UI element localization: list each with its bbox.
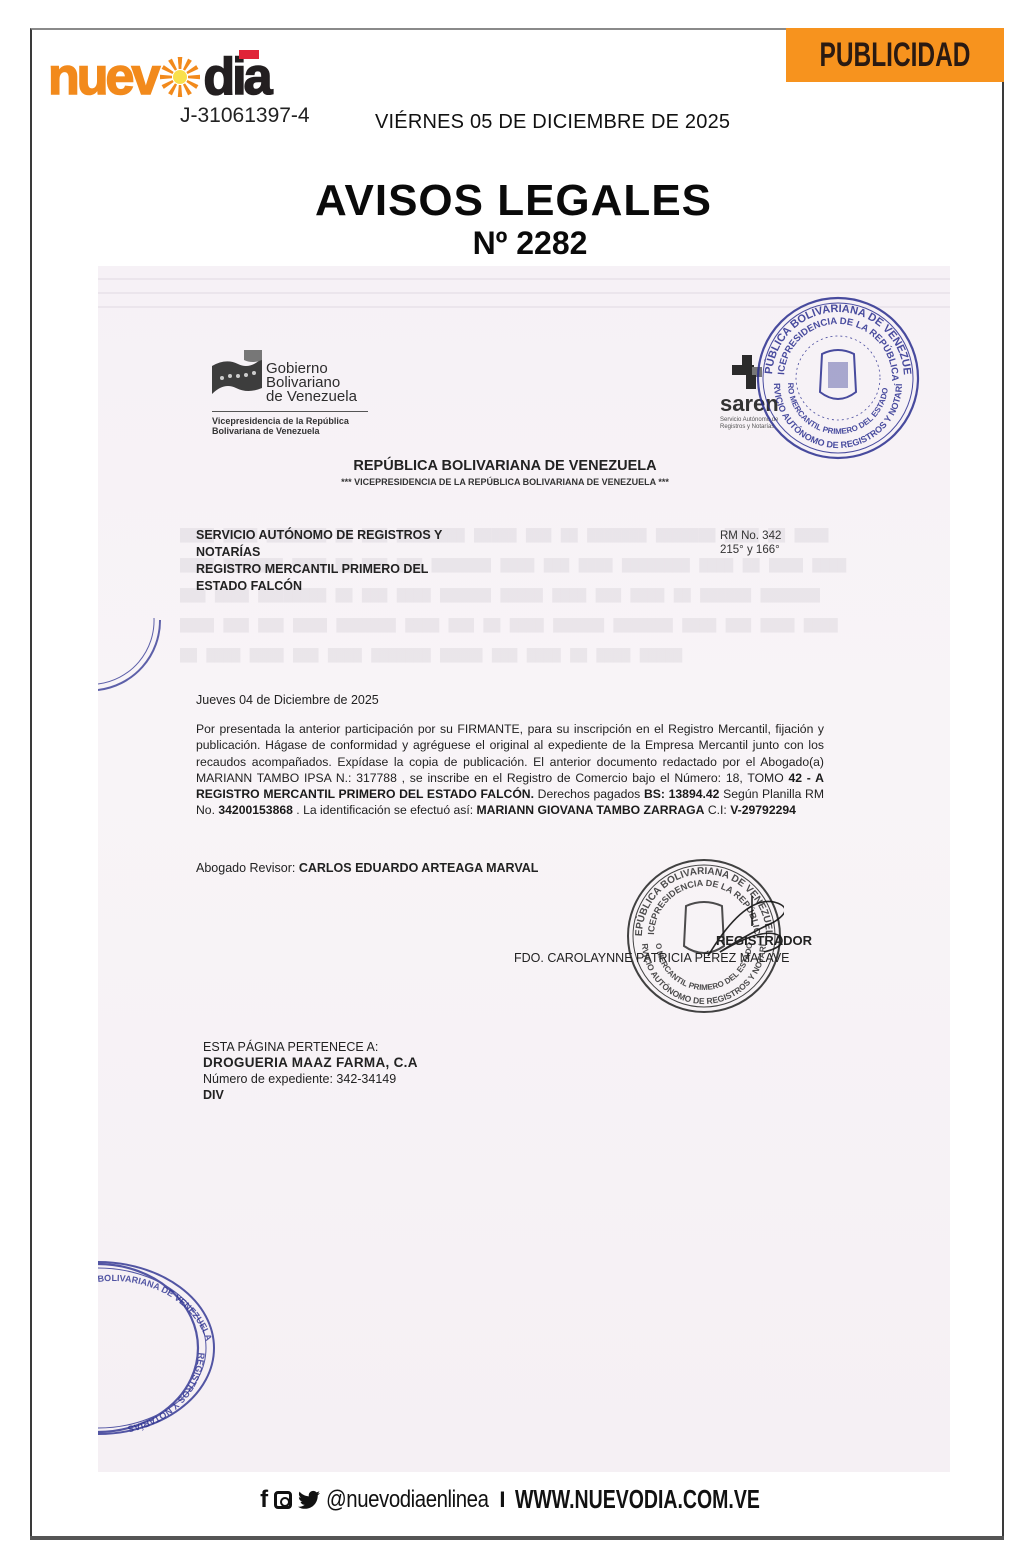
partial-seal-left-top (98, 610, 168, 710)
republic-subtitle: *** VICEPRESIDENCIA DE LA REPÚBLICA BOLI… (0, 477, 1010, 487)
document-owner: ESTA PÁGINA PERTENECE A: DROGUERIA MAAZ … (203, 1039, 418, 1103)
official-seal-top-right: REPÚBLICA BOLIVARIANA DE VENEZUELA VICEP… (752, 292, 924, 464)
separator: I (499, 1487, 505, 1513)
frame-shadow (30, 1536, 1004, 1540)
planilla-number: 34200153868 (218, 803, 293, 817)
website-link[interactable]: WWW.NUEVODIA.COM.VE (515, 1484, 760, 1515)
logo-accent (239, 50, 259, 59)
edition-number: Nº 2282 (0, 225, 1027, 262)
company-name: DROGUERIA MAAZ FARMA, C.A (203, 1055, 418, 1071)
division-code: DIV (203, 1087, 418, 1103)
social-handle[interactable]: @nuevodiaenlinea (326, 1486, 489, 1514)
facebook-icon[interactable]: f (260, 1486, 268, 1514)
logo-text-nuev: nuev (48, 52, 157, 102)
divider (212, 411, 368, 412)
gobierno-text: Gobierno Bolivariano de Venezuela (266, 362, 357, 404)
partial-seal-left-bottom: BOLIVARIANA DE VENEZUELA REGISTROS Y NOT… (98, 1258, 222, 1438)
registrar-signature-name: FDO. CAROLAYNNE PATRICIA PÉREZ MALAVE (514, 951, 790, 965)
republic-title: REPÚBLICA BOLIVARIANA DE VENEZUELA (0, 458, 1010, 474)
footer: f @nuevodiaenlinea I WWW.NUEVODIA.COM.VE (0, 1484, 1027, 1515)
id-number: V-29792294 (730, 803, 796, 817)
identified-person: MARIANN GIOVANA TAMBO ZARRAGA (477, 803, 705, 817)
flag-icon (208, 348, 264, 400)
vicepresidencia-text: Vicepresidencia de la República Bolivari… (212, 416, 349, 436)
instagram-icon[interactable] (274, 1491, 292, 1509)
rm-number: RM No. 342 215° y 166° (720, 529, 781, 557)
registration-text: Por presentada la anterior participación… (196, 721, 824, 819)
bleed-line (98, 278, 950, 280)
sun-icon (159, 56, 201, 98)
svg-text:REGISTROS Y NOTARÍAS: REGISTROS Y NOTARÍAS (127, 1352, 207, 1434)
publication-date: VIÉRNES 05 DE DICIEMBRE DE 2025 (375, 111, 730, 134)
reviewing-lawyer: Abogado Revisor: CARLOS EDUARDO ARTEAGA … (196, 861, 538, 875)
gobierno-bolivariano-logo: Gobierno Bolivariano de Venezuela Vicepr… (208, 344, 378, 439)
nuevodia-logo: nuev dia (48, 52, 270, 102)
company-rif: J-31061397-4 (180, 104, 310, 128)
section-badge-label: PUBLICIDAD (817, 28, 974, 82)
file-number: Número de expediente: 342-34149 (203, 1071, 418, 1087)
section-badge: PUBLICIDAD (786, 28, 1004, 82)
twitter-icon[interactable] (298, 1490, 320, 1510)
fees-amount: BS: 13894.42 (644, 787, 720, 801)
registrar-title: REGISTRADOR (716, 933, 812, 948)
logo-text-dia: dia (203, 52, 269, 102)
page-title: AVISOS LEGALES (0, 176, 1027, 226)
document-date: Jueves 04 de Diciembre de 2025 (196, 693, 379, 707)
registry-office-heading: SERVICIO AUTÓNOMO DE REGISTROS Y NOTARÍA… (196, 527, 516, 595)
